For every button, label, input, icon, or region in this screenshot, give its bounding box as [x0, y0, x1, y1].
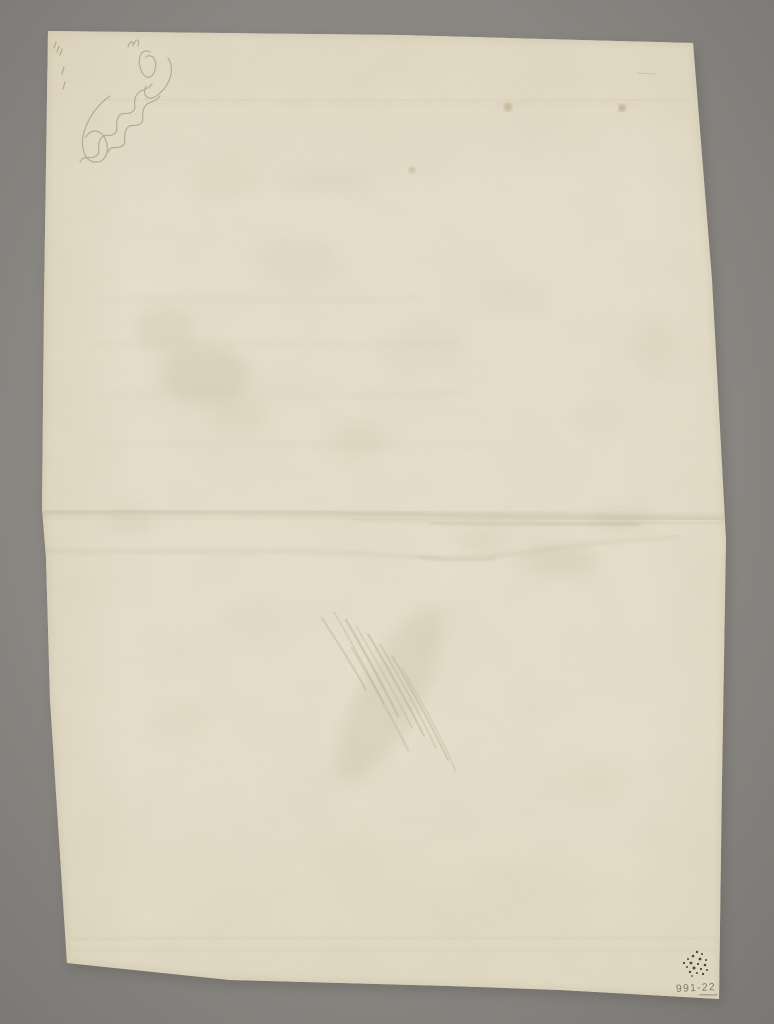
photo-frame: 991-22	[0, 0, 774, 1024]
accession-number-stamp: 991-22	[676, 981, 716, 995]
artwork-photo: 991-22	[0, 0, 774, 1024]
paper-grain	[30, 20, 740, 1015]
